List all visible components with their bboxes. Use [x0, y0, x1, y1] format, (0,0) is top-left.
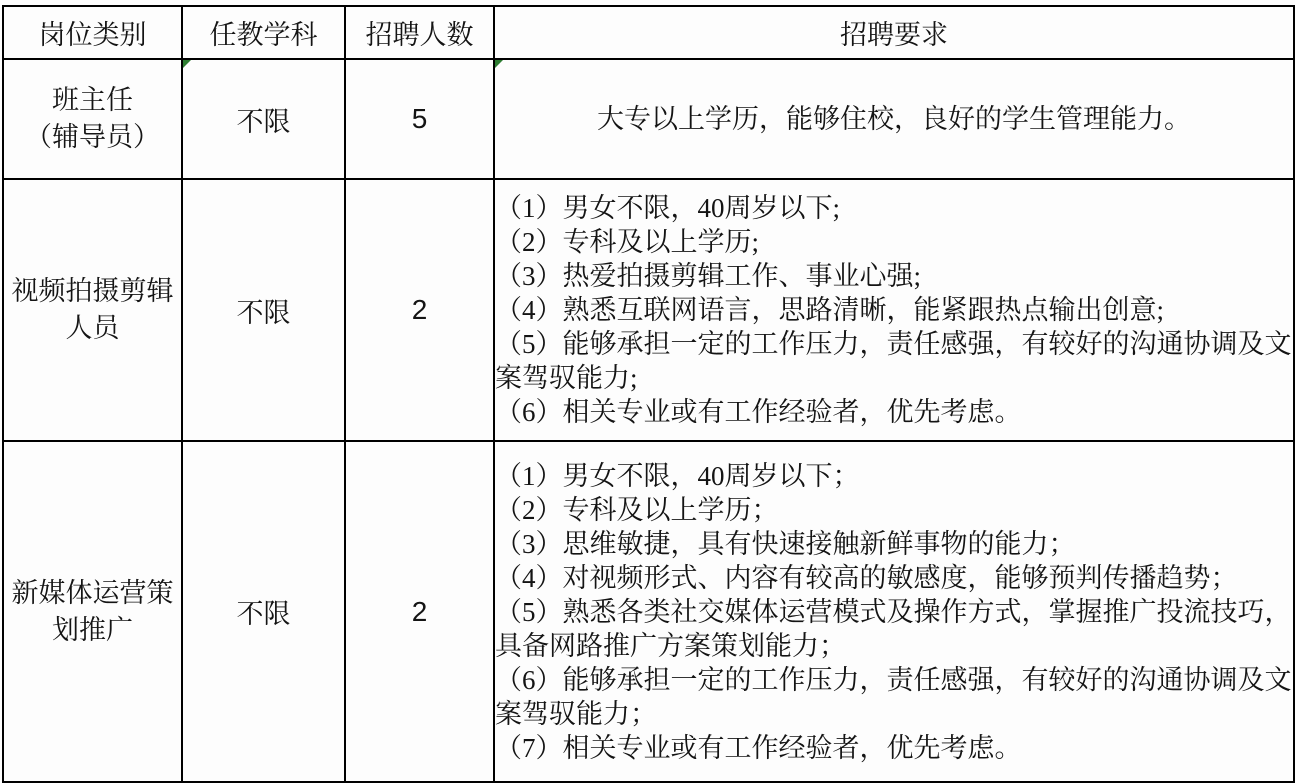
cell-subject-row1: 不限 [182, 59, 345, 179]
requirement-line: （3）热爱拍摄剪辑工作、事业心强; [495, 259, 1293, 293]
table-row: 新媒体运营策 划推广 不限 2 （1）男女不限，40周岁以下； （2）专科及以上… [3, 441, 1294, 782]
cell-count-row1: 5 [345, 59, 494, 179]
cell-category-new-media: 新媒体运营策 划推广 [3, 441, 182, 782]
requirement-line: （3）思维敏捷，具有快速接触新鲜事物的能力； [495, 527, 1293, 561]
header-row: 岗位类别 任教学科 招聘人数 招聘要求 [3, 6, 1294, 59]
requirement-line: （5）熟悉各类社交媒体运营模式及操作方式，掌握推广投流技巧，具备网路推广方案策划… [495, 595, 1293, 663]
subject-value: 不限 [237, 107, 291, 137]
cell-requirements-row3: （1）男女不限，40周岁以下； （2）专科及以上学历； （3）思维敏捷，具有快速… [494, 441, 1294, 782]
requirement-line: （6）相关专业或有工作经验者，优先考虑。 [495, 395, 1293, 429]
requirement-line: （5）能够承担一定的工作压力，责任感强，有较好的沟通协调及文案驾驭能力; [495, 327, 1293, 395]
recruitment-table: 岗位类别 任教学科 招聘人数 招聘要求 班主任 （辅导员） 不限 5 大专以上学… [2, 5, 1295, 783]
requirement-line: （4）对视频形式、内容有较高的敏感度，能够预判传播趋势； [495, 561, 1293, 595]
header-position-category: 岗位类别 [3, 6, 182, 59]
cell-count-row3: 2 [345, 441, 494, 782]
requirement-line: （1）男女不限，40周岁以下; [495, 191, 1293, 225]
table-row: 班主任 （辅导员） 不限 5 大专以上学历，能够住校，良好的学生管理能力。 [3, 59, 1294, 179]
cell-count-row2: 2 [345, 179, 494, 441]
requirement-line: （2）专科及以上学历； [495, 493, 1293, 527]
requirement-line: （1）男女不限，40周岁以下； [495, 459, 1293, 493]
cell-requirements-row2: （1）男女不限，40周岁以下; （2）专科及以上学历; （3）热爱拍摄剪辑工作、… [494, 179, 1294, 441]
cell-category-head-teacher: 班主任 （辅导员） [3, 59, 182, 179]
requirement-line: （7）相关专业或有工作经验者，优先考虑。 [495, 731, 1293, 765]
header-requirements: 招聘要求 [494, 6, 1294, 59]
subject-value: 不限 [237, 599, 291, 629]
requirement-line: 大专以上学历，能够住校，良好的学生管理能力。 [495, 102, 1293, 136]
cell-category-video-editor: 视频拍摄剪辑 人员 [3, 179, 182, 441]
header-recruit-count: 招聘人数 [345, 6, 494, 59]
cell-requirements-row1: 大专以上学历，能够住校，良好的学生管理能力。 [494, 59, 1294, 179]
cell-subject-row2: 不限 [182, 179, 345, 441]
cell-error-marker-icon [183, 60, 191, 68]
header-teaching-subject: 任教学科 [182, 6, 345, 59]
requirement-line: （6）能够承担一定的工作压力，责任感强，有较好的沟通协调及文案驾驭能力； [495, 663, 1293, 731]
table-row: 视频拍摄剪辑 人员 不限 2 （1）男女不限，40周岁以下; （2）专科及以上学… [3, 179, 1294, 441]
subject-value: 不限 [237, 298, 291, 328]
job-postings-table: 岗位类别 任教学科 招聘人数 招聘要求 班主任 （辅导员） 不限 5 大专以上学… [2, 5, 1295, 783]
requirement-line: （4）熟悉互联网语言，思路清晰，能紧跟热点输出创意; [495, 293, 1293, 327]
requirement-line: （2）专科及以上学历; [495, 225, 1293, 259]
cell-error-marker-icon [495, 60, 503, 68]
cell-subject-row3: 不限 [182, 441, 345, 782]
